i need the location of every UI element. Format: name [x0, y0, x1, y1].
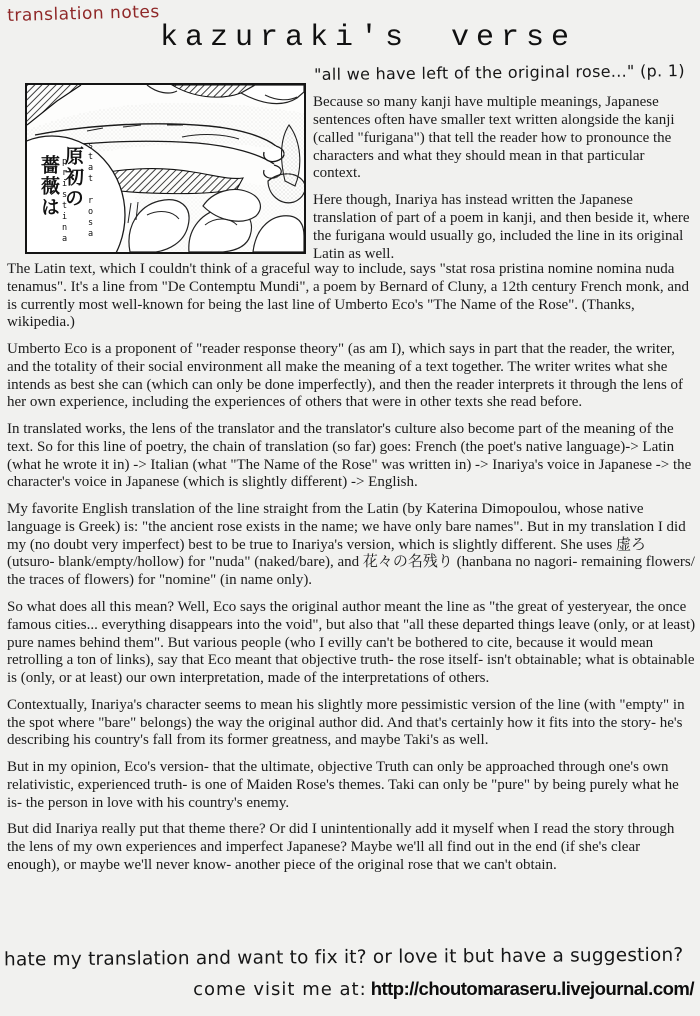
furigana-pristina: pristina — [60, 157, 69, 245]
visit-prefix: come visit me at: — [193, 979, 367, 1000]
footer-visit-line: come visit me at: http://choutomaraseru.… — [193, 978, 694, 1000]
paragraph-latin-text: The Latin text, which I couldn't think o… — [7, 261, 696, 332]
livejournal-url: http://choutomaraseru.livejournal.com/ — [371, 978, 694, 999]
paragraph-favorite-translation: My favorite English translation of the l… — [7, 501, 696, 590]
furigana-stat-rosa: stat rosa — [86, 141, 95, 240]
paragraph-reader-response: Umberto Eco is a proponent of "reader re… — [7, 341, 696, 412]
kanji-barawa: 薔薇は — [39, 155, 58, 218]
intro-column: Because so many kanji have multiple mean… — [313, 94, 694, 273]
paragraph-translation-chain: In translated works, the lens of the tra… — [7, 421, 696, 492]
translation-notes-page: translation notes kazuraki's verse "all … — [0, 0, 700, 1016]
corner-label: translation notes — [7, 2, 160, 26]
notes-body: The Latin text, which I couldn't think o… — [7, 261, 696, 884]
paragraph-opinion: But in my opinion, Eco's version- that t… — [7, 759, 696, 812]
page-title: kazuraki's verse — [160, 21, 576, 55]
paragraph-eco-meaning: So what does all this mean? Well, Eco sa… — [7, 599, 696, 688]
paragraph-latin-furigana: Here though, Inariya has instead written… — [313, 192, 694, 263]
page-subtitle: "all we have left of the original rose..… — [314, 61, 685, 84]
paragraph-context: Contextually, Inariya's character seems … — [7, 697, 696, 750]
footer-feedback-line: hate my translation and want to fix it? … — [4, 945, 698, 971]
manga-panel: stat rosa 原初の pristina 薔薇は — [25, 83, 306, 254]
paragraph-conclusion: But did Inariya really put that theme th… — [7, 821, 696, 874]
paragraph-furigana-explainer: Because so many kanji have multiple mean… — [313, 94, 694, 183]
